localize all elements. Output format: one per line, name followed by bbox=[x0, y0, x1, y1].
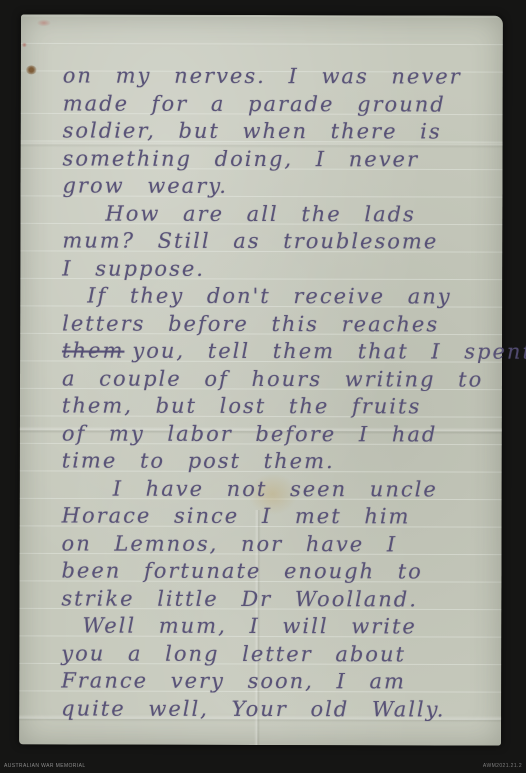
letter-scan: on my nerves. I was never made for a par… bbox=[0, 0, 526, 773]
handwritten-line: themyou, tell them that I spent bbox=[62, 337, 492, 366]
handwritten-line-text: you, tell them that I spent bbox=[132, 339, 526, 364]
handwritten-line: a couple of hours writing to bbox=[62, 365, 492, 394]
handwritten-line: If they don't receive any bbox=[62, 282, 492, 311]
archive-reference-number: AWM2021.21.2 bbox=[483, 763, 522, 769]
handwritten-line: France very soon, I am bbox=[61, 667, 491, 696]
handwritten-line: you a long letter about bbox=[61, 640, 491, 669]
handwritten-line: something doing, I never bbox=[63, 145, 493, 174]
handwritten-line: letters before this reaches bbox=[62, 310, 492, 339]
archive-institution-label: AUSTRALIAN WAR MEMORIAL bbox=[4, 763, 86, 769]
letter-page: on my nerves. I was never made for a par… bbox=[19, 14, 503, 745]
foxing-spot bbox=[22, 42, 27, 47]
handwriting-block: on my nerves. I was never made for a par… bbox=[61, 62, 493, 723]
handwritten-line: them, but lost the fruits bbox=[62, 392, 492, 421]
handwritten-line: grow weary. bbox=[62, 172, 492, 201]
struck-word: them bbox=[62, 338, 124, 362]
handwritten-line: Well mum, I will write bbox=[61, 612, 491, 641]
handwritten-line: I have not seen uncle bbox=[62, 475, 492, 504]
handwritten-line: soldier, but when there is bbox=[63, 117, 493, 146]
handwritten-line: Horace since I met him bbox=[62, 502, 492, 531]
handwritten-line: on my nerves. I was never bbox=[63, 62, 493, 91]
handwritten-line: quite well, Your old Wally. bbox=[61, 695, 491, 724]
handwritten-line: How are all the lads bbox=[62, 200, 492, 229]
handwritten-line: strike little Dr Woolland. bbox=[61, 585, 491, 614]
foxing-spot bbox=[26, 65, 37, 74]
handwritten-line: time to post them. bbox=[62, 447, 492, 476]
handwritten-line: made for a parade ground bbox=[63, 90, 493, 119]
handwritten-line: been fortunate enough to bbox=[61, 557, 491, 586]
handwritten-line: on Lemnos, nor have I bbox=[62, 530, 492, 559]
handwritten-line: of my labor before I had bbox=[62, 420, 492, 449]
handwritten-line: mum? Still as troublesome bbox=[62, 227, 492, 256]
ink-smudge bbox=[37, 19, 51, 26]
handwritten-line: I suppose. bbox=[62, 255, 492, 284]
